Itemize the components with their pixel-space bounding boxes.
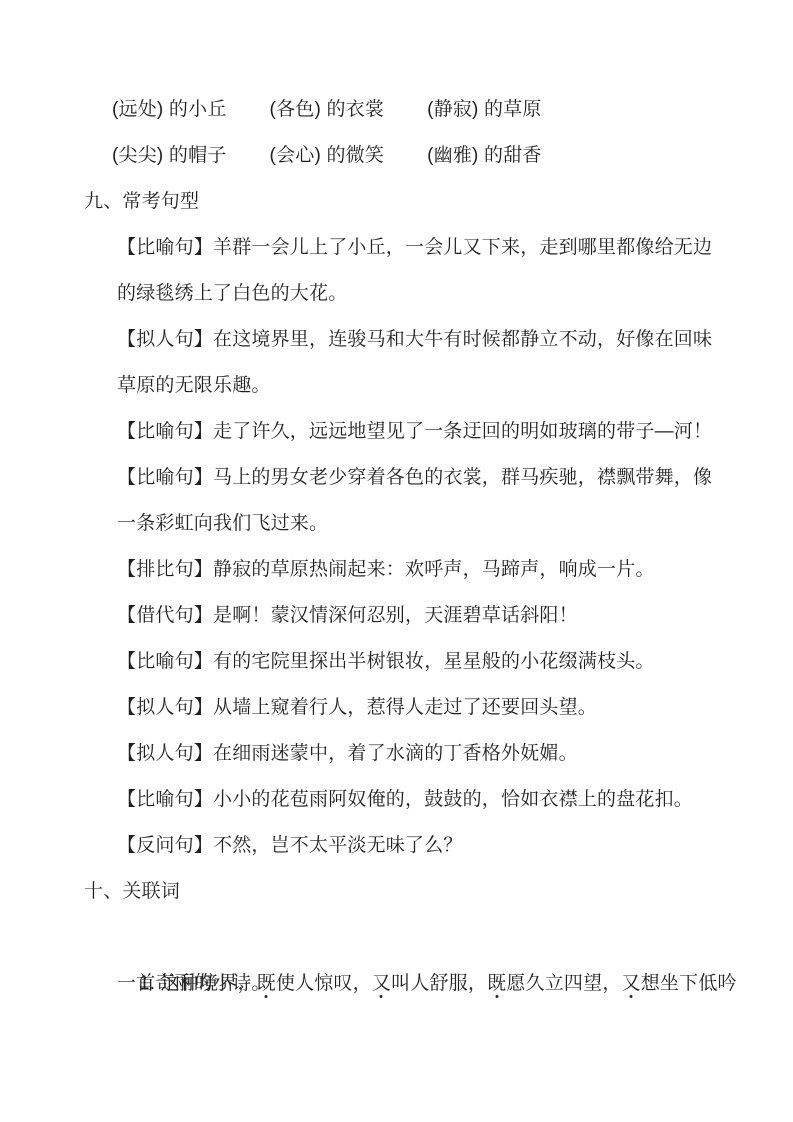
sentence-line: 【拟人句】在这境界里，连骏马和大牛有时候都静立不动，好像在回味 bbox=[117, 317, 793, 363]
text-segment: 想坐下低吟 bbox=[641, 973, 737, 994]
emphasized-char: 既 bbox=[257, 973, 276, 994]
section-heading-nine: 九、常考句型 bbox=[84, 179, 793, 225]
emphasized-char: 又 bbox=[372, 973, 391, 994]
sentence-line: 【比喻句】有的宅院里探出半树银妆，星星般的小花缀满枝头。 bbox=[117, 639, 793, 685]
word-pair: (幽雅) 的甜香 bbox=[427, 133, 542, 179]
sentence-line: 的绿毯绣上了白色的大花。 bbox=[117, 271, 793, 317]
word-pair: (尖尖) 的帽子 bbox=[112, 133, 227, 179]
emphasized-char: 既 bbox=[487, 973, 506, 994]
sentence-line: 【反问句】不然，岂不太平淡无味了么？ bbox=[117, 823, 793, 869]
sentence-line: 【拟人句】在细雨迷蒙中，着了水滴的丁香格外妩媚。 bbox=[117, 731, 793, 777]
text-segment: 使人惊叹， bbox=[276, 973, 372, 994]
word-pair: (各色) 的衣裳 bbox=[270, 87, 385, 133]
word-pair: (会心) 的微笑 bbox=[270, 133, 385, 179]
sentence-line: 【比喻句】羊群一会儿上了小丘，一会儿又下来，走到哪里都像给无边 bbox=[117, 225, 793, 271]
word-pair: (静寂) 的草原 bbox=[427, 87, 542, 133]
document-page: (远处) 的小丘 (各色) 的衣裳 (静寂) 的草原 (尖尖) 的帽子 (会心)… bbox=[0, 0, 793, 1122]
sentence-line: 【比喻句】走了许久，远远地望见了一条迂回的明如玻璃的带子—河！ bbox=[117, 409, 793, 455]
word-pair: (远处) 的小丘 bbox=[112, 87, 227, 133]
word-pairs-row-1: (远处) 的小丘 (各色) 的衣裳 (静寂) 的草原 bbox=[112, 87, 793, 133]
sentence-line: 【比喻句】小小的花苞雨阿奴俺的，鼓鼓的，恰如衣襟上的盘花扣。 bbox=[117, 777, 793, 823]
text-segment: 愿久立四望， bbox=[506, 973, 621, 994]
emphasized-char: 又 bbox=[622, 973, 641, 994]
sentence-line: 【借代句】是啊！蒙汉情深何忍别，天涯碧草话斜阳！ bbox=[117, 593, 793, 639]
sentence-line: 【拟人句】从墙上窥着行人，惹得人走过了还要回头望。 bbox=[117, 685, 793, 731]
numbered-item-line-1: 1. 这种境界，既使人惊叹，又叫人舒服，既愿久立四望，又想坐下低吟 bbox=[117, 915, 793, 961]
sentence-line: 【比喻句】马上的男女老少穿着各色的衣裳，群马疾驰，襟飘带舞，像 bbox=[117, 455, 793, 501]
section-heading-ten: 十、关联词 bbox=[84, 869, 793, 915]
word-pairs-row-2: (尖尖) 的帽子 (会心) 的微笑 (幽雅) 的甜香 bbox=[112, 133, 793, 179]
sentence-line: 【排比句】静寂的草原热闹起来：欢呼声，马蹄声，响成一片。 bbox=[117, 547, 793, 593]
sentence-line: 一条彩虹向我们飞过来。 bbox=[117, 501, 793, 547]
text-segment: 叫人舒服， bbox=[391, 973, 487, 994]
sentence-line: 草原的无限乐趣。 bbox=[117, 363, 793, 409]
